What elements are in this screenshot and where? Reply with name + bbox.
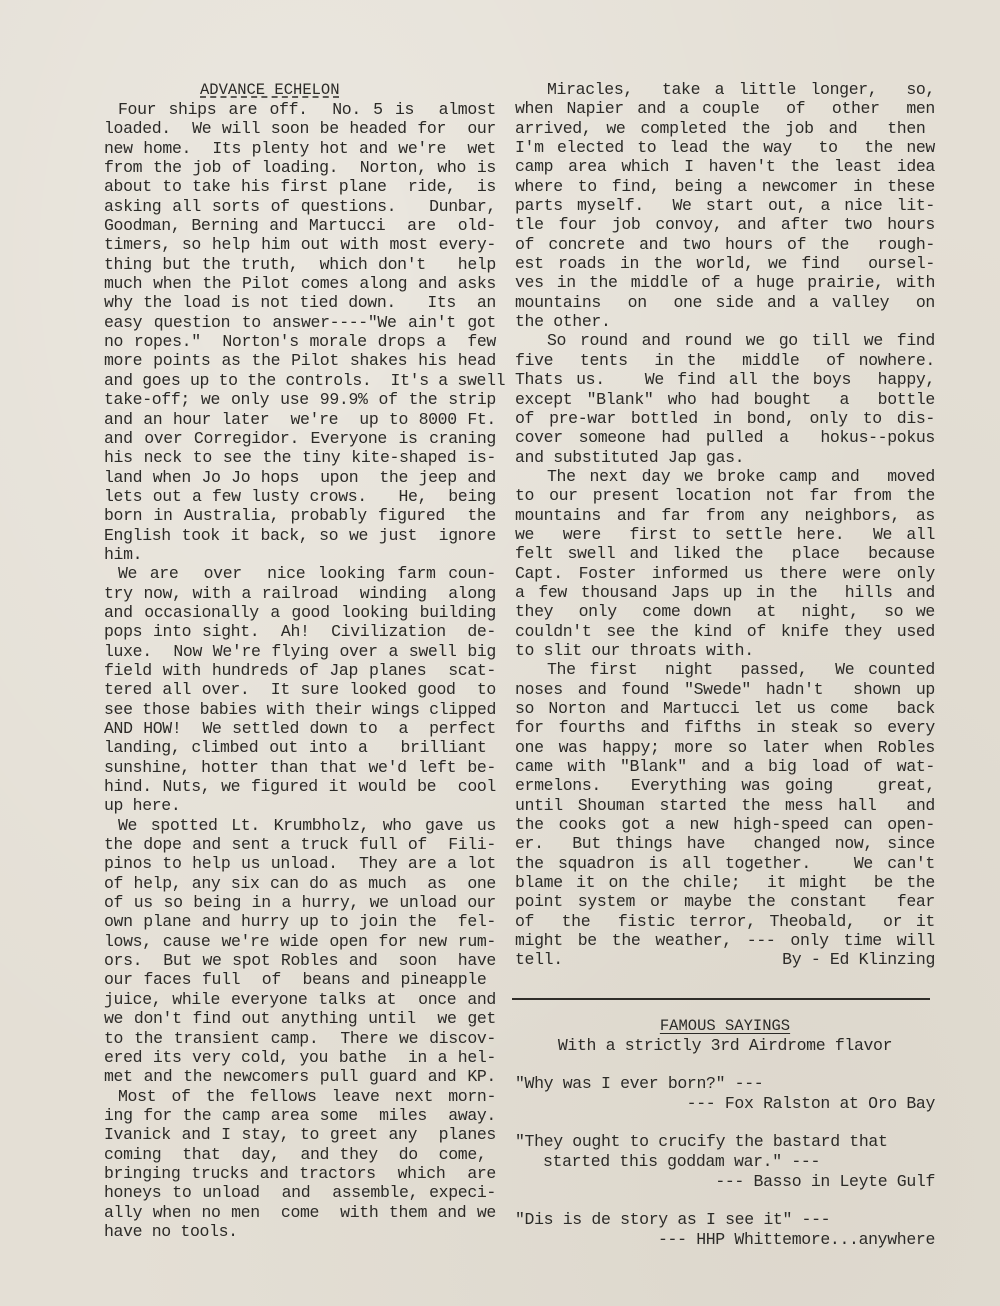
text-line: pinos to help us unload. They are a lot xyxy=(104,854,496,873)
text-line: cover someone had pulled a hokus--pokus xyxy=(515,428,935,447)
text-line: est roads in the world, we find oursel- xyxy=(515,254,935,273)
quote-attribution: --- HHP Whittemore...anywhere xyxy=(515,1230,935,1250)
text-line: juice, while everyone talks at once and xyxy=(104,990,496,1009)
text-line: The first night passed, We counted xyxy=(515,660,935,679)
quote-text: "Why was I ever born?" --- xyxy=(515,1074,935,1094)
text-line: lets out a few lusty crows. He, being xyxy=(104,487,496,506)
text-line: his neck to see the tiny kite-shaped is- xyxy=(104,448,496,467)
text-line: and occasionally a good looking building xyxy=(104,603,496,622)
text-line: except "Blank" who had bought a bottle xyxy=(515,390,935,409)
text-line: tered all over. It sure looked good to xyxy=(104,680,496,699)
text-line: ered its very cold, you bathe in a hel- xyxy=(104,1048,496,1067)
text-line: take-off; we only use 99.9% of the strip xyxy=(104,390,496,409)
text-line: English took it back, so we just ignore xyxy=(104,526,496,545)
quote-text: "They ought to crucify the bastard that xyxy=(515,1132,935,1152)
quote-item: "Dis is de story as I see it" --- --- HH… xyxy=(515,1210,935,1250)
text-line: land when Jo Jo hops upon the jeep and xyxy=(104,468,496,487)
text-line: loaded. We will soon be headed for our xyxy=(104,119,496,138)
text-line: The next day we broke camp and moved xyxy=(515,467,935,486)
text-line: of pre-war bottled in bond, only to dis- xyxy=(515,409,935,428)
text-line: why the load is not tied down. Its an xyxy=(104,293,496,312)
text-line: have no tools. xyxy=(104,1222,496,1241)
sayings-subtitle: With a strictly 3rd Airdrome flavor xyxy=(515,1036,935,1056)
quote-attribution: --- Fox Ralston at Oro Bay xyxy=(515,1094,935,1114)
text-line: until Shouman started the mess hall and xyxy=(515,796,935,815)
text-line: blame it on the chile; it might be the xyxy=(515,873,935,892)
text-line: easy question to answer----"We ain't got xyxy=(104,313,496,332)
text-line: to the transient camp. There we discov- xyxy=(104,1029,496,1048)
text-line: a few thousand Japs up in the hills and xyxy=(515,583,935,602)
text-line: five tents in the middle of nowhere. xyxy=(515,351,935,370)
byline: By - Ed Klinzing xyxy=(782,950,935,969)
text-line: arrived, we completed the job and then xyxy=(515,119,935,138)
text-line: and substituted Jap gas. xyxy=(515,448,935,467)
text-line: of the fistic terror, Theobald, or it xyxy=(515,912,935,931)
text-line: AND HOW! We settled down to a perfect xyxy=(104,719,496,738)
text-line: where to find, being a newcomer in these xyxy=(515,177,935,196)
quote-item: "Why was I ever born?" --- --- Fox Ralst… xyxy=(515,1074,935,1114)
text-line: mountains and far from any neighbors, as xyxy=(515,506,935,525)
text-line: er. But things have changed now, since xyxy=(515,834,935,853)
text-line: ors. But we spot Robles and soon have xyxy=(104,951,496,970)
text-line: our faces full of beans and pineapple xyxy=(104,970,496,989)
text-line: much when the Pilot comes along and asks xyxy=(104,274,496,293)
text-line: Capt. Foster informed us there were only xyxy=(515,564,935,583)
text-line: and over Corregidor. Everyone is craning xyxy=(104,429,496,448)
text-line: pops into sight. Ah! Civilization de- xyxy=(104,622,496,641)
text-line: they only come down at night, so we xyxy=(515,602,935,621)
text-line: noses and found "Swede" hadn't shown up xyxy=(515,680,935,699)
right-column: Miracles, take a little longer, so,when … xyxy=(515,80,935,970)
text-line: one was happy; more so later when Robles xyxy=(515,738,935,757)
closing-word: tell. xyxy=(515,950,563,969)
left-column-text: Four ships are off. No. 5 is almostloade… xyxy=(104,100,496,1241)
text-line: the dope and sent a truck full of Fili- xyxy=(104,835,496,854)
text-line: We are over nice looking farm coun- xyxy=(104,564,496,583)
sayings-title: FAMOUS SAYINGS xyxy=(515,1016,935,1036)
text-line: the cooks got a new high-speed can open- xyxy=(515,815,935,834)
text-line: so Norton and Martucci let us come back xyxy=(515,699,935,718)
text-line: Most of the fellows leave next morn- xyxy=(104,1087,496,1106)
text-line: of us so being in a hurry, we unload our xyxy=(104,893,496,912)
text-line: luxe. Now We're flying over a swell big xyxy=(104,642,496,661)
text-line: him. xyxy=(104,545,496,564)
text-line: the squadron is all together. We can't xyxy=(515,854,935,873)
left-column: ADVANCE ECHELON Four ships are off. No. … xyxy=(104,80,496,1241)
document-page: ADVANCE ECHELON Four ships are off. No. … xyxy=(0,0,1000,1306)
text-line: of help, any six can do as much as one xyxy=(104,874,496,893)
quote-text-continued: started this goddam war." --- xyxy=(515,1152,935,1172)
text-line: see those babies with their wings clippe… xyxy=(104,700,496,719)
text-line: We spotted Lt. Krumbholz, who gave us xyxy=(104,816,496,835)
text-line: when Napier and a couple of other men xyxy=(515,99,935,118)
text-line: couldn't see the kind of knife they used xyxy=(515,622,935,641)
text-line: I'm elected to lead the way to the new xyxy=(515,138,935,157)
text-line: ing for the camp area some miles away. xyxy=(104,1106,496,1125)
text-line: from the job of loading. Norton, who is xyxy=(104,158,496,177)
text-line: field with hundreds of Jap planes scat- xyxy=(104,661,496,680)
text-line: born in Australia, probably figured the xyxy=(104,506,496,525)
text-line: lows, cause we're wide open for new rum- xyxy=(104,932,496,951)
quote-attribution: --- Basso in Leyte Gulf xyxy=(515,1172,935,1192)
text-line: ermelons. Everything was going great, xyxy=(515,776,935,795)
text-line: might be the weather, --- only time will xyxy=(515,931,935,950)
text-line: we were first to settle here. We all xyxy=(515,525,935,544)
text-line: sunshine, hotter than that we'd left be- xyxy=(104,758,496,777)
text-line: for fourths and fifths in steak so every xyxy=(515,718,935,737)
text-line: tle four job convoy, and after two hours xyxy=(515,215,935,234)
text-line: landing, climbed out into a brilliant xyxy=(104,738,496,757)
text-line: more points as the Pilot shakes his head xyxy=(104,351,496,370)
text-line: up here. xyxy=(104,796,496,815)
text-line: about to take his first plane ride, is xyxy=(104,177,496,196)
closing-line: tell. By - Ed Klinzing xyxy=(515,950,935,969)
right-column-text: Miracles, take a little longer, so,when … xyxy=(515,80,935,950)
text-line: Miracles, take a little longer, so, xyxy=(515,80,935,99)
text-line: we don't find out anything until we get xyxy=(104,1009,496,1028)
text-line: and an hour later we're up to 8000 Ft. xyxy=(104,410,496,429)
text-line: hind. Nuts, we figured it would be cool xyxy=(104,777,496,796)
text-line: came with "Blank" and a big load of wat- xyxy=(515,757,935,776)
text-line: new home. Its plenty hot and we're wet xyxy=(104,139,496,158)
text-line: honeys to unload and assemble, expeci- xyxy=(104,1183,496,1202)
text-line: parts myself. We start out, a nice lit- xyxy=(515,196,935,215)
text-line: point system or maybe the constant fear xyxy=(515,892,935,911)
text-line: the other. xyxy=(515,312,935,331)
text-line: to our present location not far from the xyxy=(515,486,935,505)
section-divider xyxy=(512,998,930,1000)
text-line: mountains on one side and a valley on xyxy=(515,293,935,312)
quote-item: "They ought to crucify the bastard that … xyxy=(515,1132,935,1192)
text-line: Four ships are off. No. 5 is almost xyxy=(104,100,496,119)
article-title: ADVANCE ECHELON xyxy=(104,80,496,100)
text-line: felt swell and liked the place because xyxy=(515,544,935,563)
text-line: timers, so help him out with most every- xyxy=(104,235,496,254)
text-line: Thats us. We find all the boys happy, xyxy=(515,370,935,389)
text-line: ally when no men come with them and we xyxy=(104,1203,496,1222)
text-line: Ivanick and I stay, to greet any planes xyxy=(104,1125,496,1144)
text-line: ves in the middle of a huge prairie, wit… xyxy=(515,273,935,292)
text-line: own plane and hurry up to join the fel- xyxy=(104,912,496,931)
text-line: no ropes." Norton's morale drops a few xyxy=(104,332,496,351)
text-line: of concrete and two hours of the rough- xyxy=(515,235,935,254)
text-line: try now, with a railroad winding along xyxy=(104,584,496,603)
quote-text: "Dis is de story as I see it" --- xyxy=(515,1210,935,1230)
famous-sayings-section: FAMOUS SAYINGS With a strictly 3rd Airdr… xyxy=(515,1016,935,1268)
text-line: coming that day, and they do come, xyxy=(104,1145,496,1164)
text-line: bringing trucks and tractors which are xyxy=(104,1164,496,1183)
text-line: thing but the truth, which don't help xyxy=(104,255,496,274)
text-line: met and the newcomers pull guard and KP. xyxy=(104,1067,496,1086)
text-line: to slit our throats with. xyxy=(515,641,935,660)
text-line: and goes up to the controls. It's a swel… xyxy=(104,371,496,390)
text-line: asking all sorts of questions. Dunbar, xyxy=(104,197,496,216)
text-line: So round and round we go till we find xyxy=(515,331,935,350)
text-line: Goodman, Berning and Martucci are old- xyxy=(104,216,496,235)
text-line: camp area which I haven't the least idea xyxy=(515,157,935,176)
